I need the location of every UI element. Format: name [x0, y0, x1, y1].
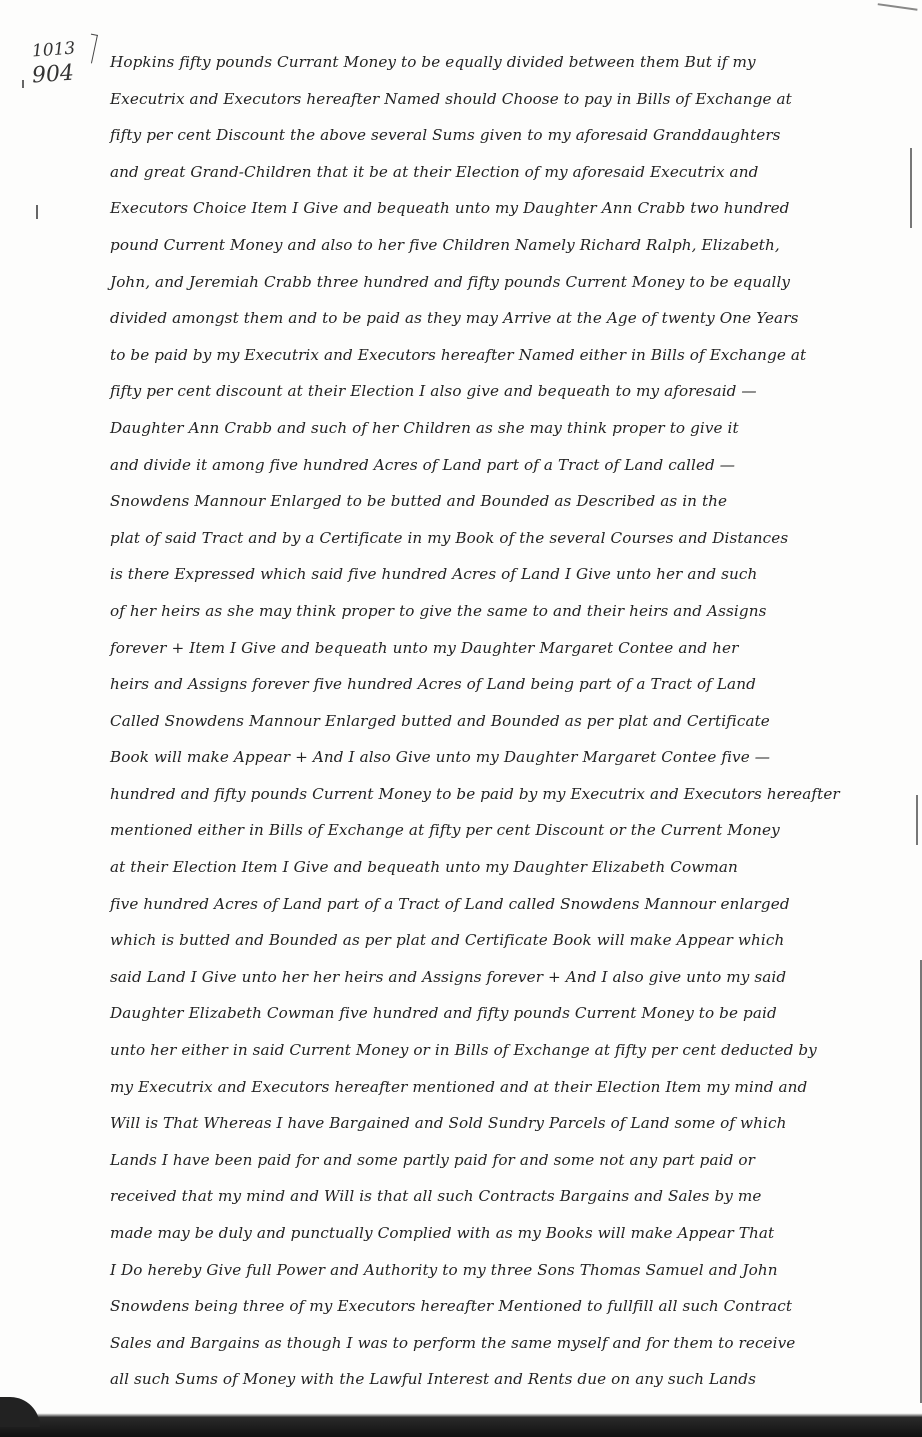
- text-line: hundred and fifty pounds Current Money t…: [110, 776, 855, 813]
- margin-tick: [36, 205, 38, 219]
- text-line: Book will make Appear + And I also Give …: [110, 739, 855, 776]
- text-line: received that my mind and Will is that a…: [110, 1178, 855, 1215]
- handwritten-text-block: Hopkins fifty pounds Currant Money to be…: [110, 44, 855, 1435]
- text-line: Hopkins fifty pounds Currant Money to be…: [110, 44, 855, 81]
- text-line: Daughter Elizabeth Cowman five hundred a…: [110, 995, 855, 1032]
- folio-number-new: 904: [31, 61, 75, 89]
- page-curl-shadow: [0, 1397, 40, 1427]
- text-line: Executors Choice Item I Give and bequeat…: [110, 190, 855, 227]
- text-line: mentioned either in Bills of Exchange at…: [110, 812, 855, 849]
- scan-bottom-shadow: [0, 1403, 922, 1437]
- text-line: Snowdens Mannour Enlarged to be butted a…: [110, 483, 855, 520]
- page-edge-rule: [916, 795, 918, 845]
- text-line: Daughter Ann Crabb and such of her Child…: [110, 410, 855, 447]
- text-line: of her heirs as she may think proper to …: [110, 593, 855, 630]
- text-line: which is butted and Bounded as per plat …: [110, 922, 855, 959]
- page-edge-rule: [910, 148, 912, 228]
- text-line: my Executrix and Executors hereafter men…: [110, 1069, 855, 1106]
- text-line: divided amongst them and to be paid as t…: [110, 300, 855, 337]
- text-line: made may be duly and punctually Complied…: [110, 1215, 855, 1252]
- text-line: is there Expressed which said five hundr…: [110, 556, 855, 593]
- text-line: and great Grand-Children that it be at t…: [110, 154, 855, 191]
- text-line: I Do hereby Give full Power and Authorit…: [110, 1252, 855, 1289]
- text-line: pound Current Money and also to her five…: [110, 227, 855, 264]
- text-line: Snowdens being three of my Executors her…: [110, 1288, 855, 1325]
- folio-number-old: 1013: [31, 39, 76, 62]
- document-page: 1013 904 Hopkins fifty pounds Currant Mo…: [0, 0, 922, 1437]
- text-line: unto her either in said Current Money or…: [110, 1032, 855, 1069]
- text-line: five hundred Acres of Land part of a Tra…: [110, 886, 855, 923]
- text-line: heirs and Assigns forever five hundred A…: [110, 666, 855, 703]
- text-line: at their Election Item I Give and bequea…: [110, 849, 855, 886]
- text-line: plat of said Tract and by a Certificate …: [110, 520, 855, 557]
- text-line: John, and Jeremiah Crabb three hundred a…: [110, 264, 855, 301]
- margin-bracket: [85, 34, 98, 64]
- text-line: to be paid by my Executrix and Executors…: [110, 337, 855, 374]
- text-line: and divide it among five hundred Acres o…: [110, 447, 855, 484]
- text-line: Will is That Whereas I have Bargained an…: [110, 1105, 855, 1142]
- margin-tick: [22, 80, 24, 88]
- corner-mark: [878, 0, 919, 11]
- text-line: forever + Item I Give and bequeath unto …: [110, 630, 855, 667]
- text-line: Executrix and Executors hereafter Named …: [110, 81, 855, 118]
- text-line: Lands I have been paid for and some part…: [110, 1142, 855, 1179]
- text-line: said Land I Give unto her her heirs and …: [110, 959, 855, 996]
- text-line: Sales and Bargains as though I was to pe…: [110, 1325, 855, 1362]
- text-line: fifty per cent discount at their Electio…: [110, 373, 855, 410]
- text-line: all such Sums of Money with the Lawful I…: [110, 1361, 855, 1398]
- text-line: Called Snowdens Mannour Enlarged butted …: [110, 703, 855, 740]
- text-line: fifty per cent Discount the above severa…: [110, 117, 855, 154]
